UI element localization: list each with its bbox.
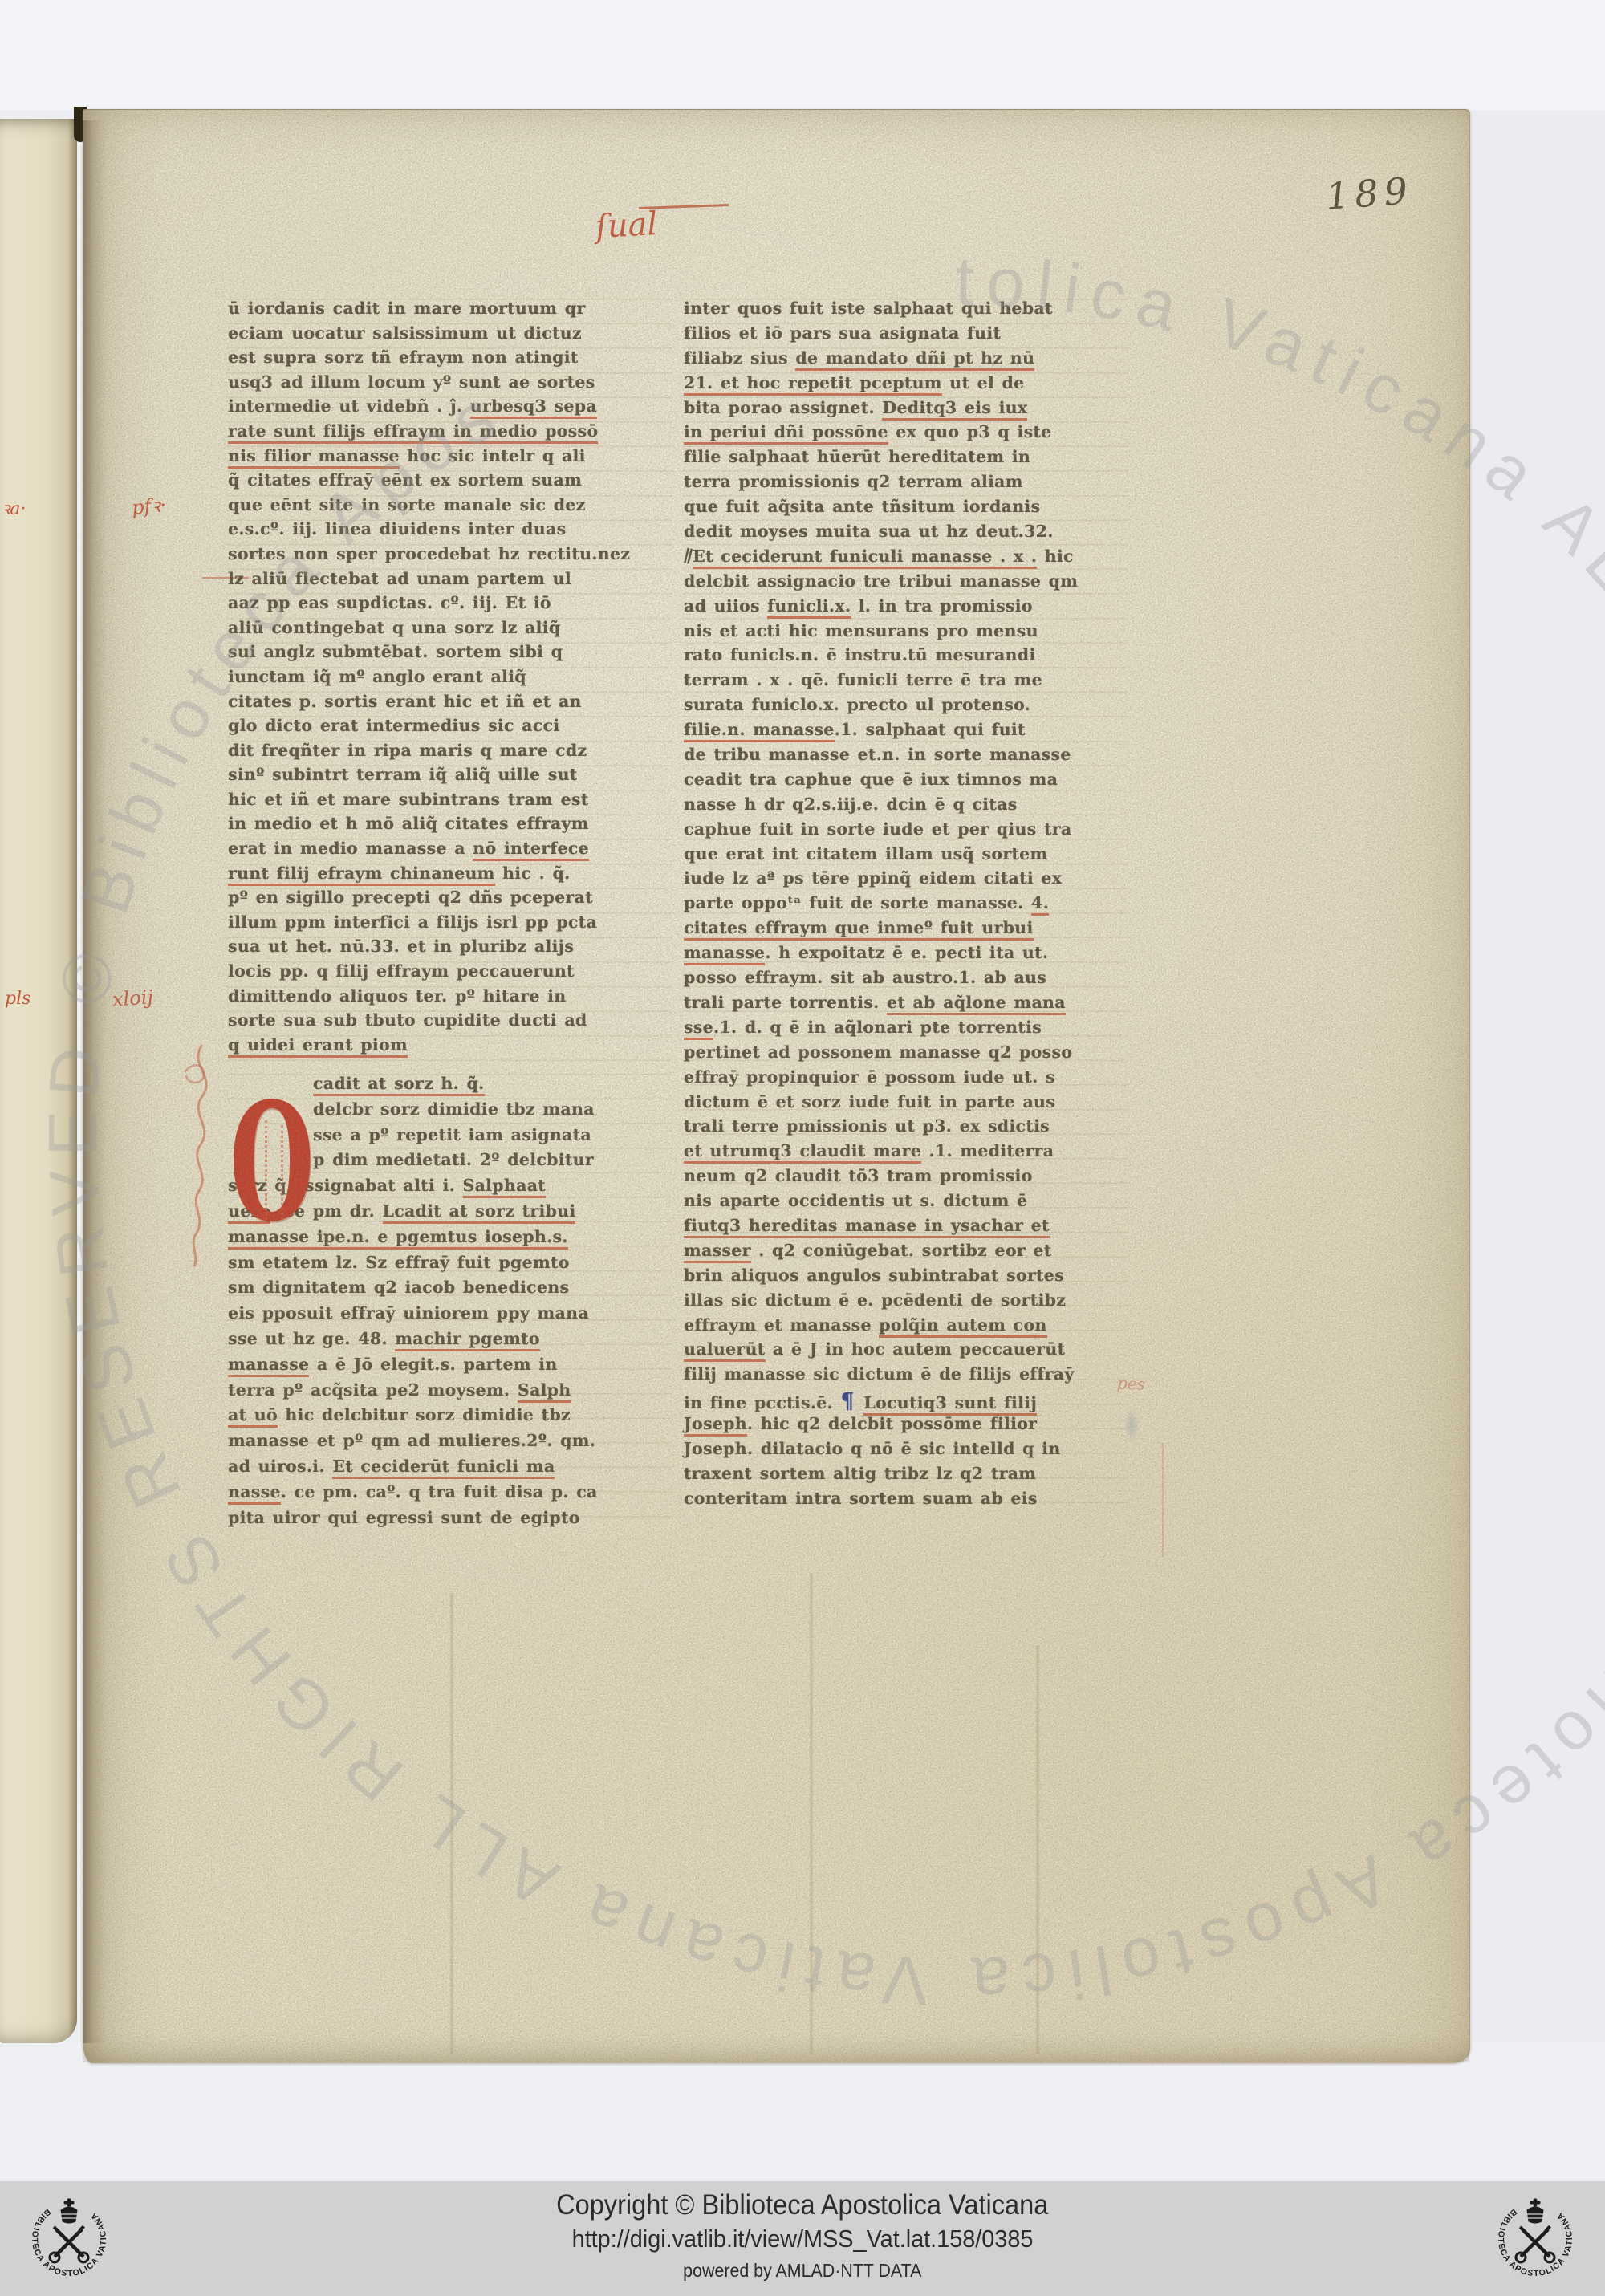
margin-note: pls — [5, 989, 30, 1009]
manuscript-line: nasse. ce pm. caº. q tra fuit disa p. ca — [228, 1482, 677, 1508]
manuscript-line: aliū contingebat q una sorz lz aliq̃ — [228, 618, 674, 643]
text-segment: nasse h dr q2.s.iij.e. dcin ē q citas — [684, 794, 1018, 814]
manuscript-line: locis pp. q filij effraym peccauerunt — [228, 961, 674, 986]
manuscript-line: manasse. h expoitatz ē e. pecti ita ut. — [684, 943, 1130, 968]
decorated-initial: O — [230, 1082, 315, 1242]
crossed-keys-tiara-emblem — [1516, 2199, 1554, 2262]
manuscript-line: sorte sua sub tbuto cupidite ducti ad — [228, 1010, 674, 1035]
rubricated-phrase: nasse — [228, 1482, 281, 1505]
ink-smudge — [1120, 1400, 1143, 1451]
footer-copyright-line: Copyright © Biblioteca Apostolica Vatica… — [0, 2189, 1605, 2221]
rubricated-phrase: machir pgemto — [395, 1329, 540, 1351]
manuscript-line: filiabz sius de mandato dñi pt hz nū — [684, 348, 1130, 373]
rubricated-phrase: filie.n. manasse — [684, 720, 835, 742]
text-segment: surata funiclo.x. precto ul protenso. — [684, 695, 1030, 714]
text-segment: terra promissionis q2 terram aliam — [684, 472, 1023, 491]
text-segment: lz aliū flectebat ad unam partem ul — [228, 569, 571, 588]
text-segment: neum q2 claudit tō3 tram promissio — [684, 1166, 1033, 1185]
rubricated-phrase: Et ceciderūt funicli ma — [332, 1457, 555, 1479]
manuscript-line: manasse et pº qm ad mulieres.2º. qm. — [228, 1431, 677, 1457]
parchment-crease — [1035, 1645, 1040, 2054]
manuscript-line: que erat int citatem illam usq̃ sortem — [684, 844, 1130, 869]
manuscript-line: sui anglz submtēbat. sortem sibi q — [228, 642, 674, 667]
footer-powered-text: powered by AMLAD·NTT DATA — [683, 2260, 921, 2282]
text-segment: illum ppm interfici a filijs isrl pp pct… — [228, 912, 597, 932]
text-segment: est supra sorz tñ efraym non atingit — [228, 347, 579, 367]
manuscript-line: filios et iō pars sua asignata fuit — [684, 323, 1130, 348]
rubricated-phrase: masser — [684, 1241, 751, 1263]
text-segment: que eēnt site in sorte manale sic dez — [228, 495, 586, 514]
text-segment: que erat int citatem illam usq̃ sortem — [684, 844, 1048, 864]
manuscript-line: trali parte torrentis. et ab aq̃lone man… — [684, 993, 1130, 1018]
text-segment: aliū contingebat q una sorz lz aliq̃ — [228, 618, 560, 637]
rubricated-phrase: nis filior manasse — [228, 446, 400, 469]
parchment-crease — [449, 1593, 454, 2054]
manuscript-line: rato funicls.n. ē instru.tū mesurandi — [684, 645, 1130, 670]
manuscript-line: traxent sortem altig tribz lz q2 tram — [684, 1464, 1130, 1489]
manuscript-line: dedit moyses muita sua ut hz deut.32. — [684, 522, 1130, 547]
text-segment: e.s.cº. iij. linea diuidens inter duas — [228, 519, 566, 538]
text-segment: nis aparte occidentis ut s. dictum ē — [684, 1191, 1027, 1210]
manuscript-line: conteritam intra sortem suam ab eis — [684, 1489, 1130, 1514]
text-segment: illas sic dictum ē e. pcēdenti de sortib… — [684, 1290, 1066, 1310]
text-segment: q̃ citates effraȳ eēnt ex sortem suam — [228, 470, 582, 490]
vatican-library-logo-right: BIBLIOTECA APOSTOLICA VATICANA — [1489, 2192, 1582, 2286]
manuscript-line: de tribu manasse et.n. in sorte manasse — [684, 745, 1130, 770]
text-segment: filij manasse sic dictum ē de filijs eff… — [684, 1364, 1074, 1384]
footer-copyright-text: Copyright © Biblioteca Apostolica Vatica… — [556, 2189, 1048, 2221]
manuscript-line: sse.1. d. q ē in aq̃lonari pte torrentis — [684, 1018, 1130, 1042]
rubricated-phrase: citates effraym que inmeº fuit urbui — [684, 918, 1034, 941]
rubricated-phrase: polq̃in autem con — [879, 1315, 1046, 1338]
manuscript-line: sm dignitatem q2 iacob benedicens — [228, 1278, 677, 1303]
rubricated-phrase: et utrumq3 claudit mare — [684, 1141, 921, 1164]
previous-folio-edge — [0, 119, 77, 2043]
manuscript-line: filie salphaat hūerūt hereditatem in — [684, 447, 1130, 472]
manuscript-line: ∥ Et ceciderunt funiculi manasse . x . h… — [684, 547, 1130, 571]
text-segment: sui anglz submtēbat. sortem sibi q — [228, 642, 563, 661]
text-segment: dimittendo aliquos ter. pº hitare in — [228, 986, 566, 1006]
manuscript-line: citates effraym que inmeº fuit urbui — [684, 918, 1130, 943]
text-segment: ex quo p3 q iste — [888, 422, 1052, 441]
manuscript-line: nis aparte occidentis ut s. dictum ē — [684, 1191, 1130, 1216]
rubricated-phrase: in periui dñi possōne — [684, 422, 888, 445]
manuscript-line: filie.n. manasse.1. salphaat qui fuit — [684, 720, 1130, 745]
text-segment: terra pº acq̃sita pe2 moysem. — [228, 1380, 518, 1400]
text-segment: sortes non sper procedebat hz rectitu.ne… — [228, 544, 630, 563]
manuscript-viewer-page: 189 ſual ꝛa· pfꝛ· pls xloij pes ū iordan… — [0, 0, 1605, 2296]
text-segment: hic delcbitur sorz dimidie tbz — [278, 1405, 571, 1424]
text-segment: .1. d. q ē in aq̃lonari pte torrentis — [713, 1018, 1042, 1037]
text-segment: hic — [1037, 547, 1074, 566]
text-segment: parte oppoᵗᵃ fuit de sorte manasse. — [684, 893, 1031, 912]
text-segment: delcbit assignacio tre tribui manasse qm — [684, 571, 1078, 591]
manuscript-line: que eēnt site in sorte manale sic dez — [228, 495, 674, 520]
manuscript-line: lz aliū flectebat ad unam partem ul — [228, 569, 674, 594]
blue-paragraph-mark: ¶ — [840, 1389, 863, 1414]
text-segment: rato funicls.n. ē instru.tū mesurandi — [684, 645, 1036, 664]
manuscript-line: citates p. sortis erant hic et iñ et an — [228, 692, 674, 717]
manuscript-line: et utrumq3 claudit mare .1. mediterra — [684, 1141, 1130, 1166]
manuscript-line: ad uiros.i. Et ceciderūt funicli ma — [228, 1457, 677, 1482]
text-segment: effraym et manasse — [684, 1315, 879, 1335]
text-segment: sua ut het. nū.33. et in pluribz alijs — [228, 937, 574, 956]
manuscript-line: bita porao assignet. Deditq3 eis iux — [684, 398, 1130, 423]
rubricated-phrase: Lcadit at sorz tribui — [383, 1201, 576, 1224]
manuscript-line: terram . x . qē. funicli terre ē tra me — [684, 670, 1130, 695]
manuscript-line: effraȳ propinquior ē possom iude ut. s — [684, 1067, 1130, 1092]
text-segment: eciam uocatur salsissimum ut dictuz — [228, 323, 582, 343]
text-segment: hic . q̃. — [495, 864, 571, 883]
text-segment: . hic q2 delcbit possōme filior — [747, 1414, 1037, 1433]
manuscript-line: eis pposuit effraȳ uiniorem ppy mana — [228, 1303, 677, 1329]
text-segment: dedit moyses muita sua ut hz deut.32. — [684, 522, 1054, 541]
text-segment: sse ut hz ge. 48. — [228, 1329, 395, 1348]
manuscript-line: illas sic dictum ē e. pcēdenti de sortib… — [684, 1290, 1130, 1315]
manuscript-line: iunctam iq̃ mº anglo erant aliq̃ — [228, 667, 674, 692]
manuscript-line: parte oppoᵗᵃ fuit de sorte manasse. 4. — [684, 893, 1130, 918]
text-segment: dit freqñter in ripa maris q mare cdz — [228, 741, 587, 760]
rubricated-phrase: et ab aq̃lone mana — [887, 993, 1066, 1015]
text-segment: posso effraym. sit ab austro.1. ab aus — [684, 968, 1046, 987]
rubricated-phrase: Locutiq3 sunt filij — [863, 1393, 1037, 1416]
text-segment: locis pp. q filij effraym peccauerunt — [228, 961, 575, 981]
scan-background-top — [0, 0, 1605, 110]
manuscript-line: aaz pp eas supdictas. cº. iij. Et iō — [228, 593, 674, 618]
manuscript-line: que fuit aq̃sita ante tñsitum iordanis — [684, 497, 1130, 522]
margin-note: pfꝛ· — [131, 491, 168, 521]
scan-background-right — [1470, 110, 1605, 2063]
manuscript-line: sinº subintrt terram iq̃ aliq̃ uille sut — [228, 765, 674, 790]
manuscript-line: inter quos fuit iste salphaat qui hebat — [684, 299, 1130, 323]
gutter-shadow — [83, 120, 107, 2043]
text-segment: pº en sigillo precepti q2 dñs pceperat — [228, 888, 593, 907]
rubricated-phrase: funicli.x. — [767, 596, 851, 619]
text-segment: hoc sic intelr q ali — [400, 446, 586, 465]
text-segment: pertinet ad possonem manasse q2 posso — [684, 1042, 1072, 1062]
rubricated-phrase: Salph — [518, 1380, 571, 1403]
text-segment: conteritam intra sortem suam ab eis — [684, 1489, 1038, 1508]
rubricated-phrase: manasse — [684, 943, 765, 965]
footer-url-line: http://digi.vatlib.it/view/MSS_Vat.lat.1… — [0, 2225, 1605, 2253]
text-segment: ū iordanis cadit in mare mortuum qr — [228, 299, 585, 318]
manuscript-line: in periui dñi possōne ex quo p3 q iste — [684, 422, 1130, 447]
manuscript-line: surata funiclo.x. precto ul protenso. — [684, 695, 1130, 720]
text-segment: traxent sortem altig tribz lz q2 tram — [684, 1464, 1036, 1483]
manuscript-line: in medio et h mō aliq̃ citates effraym — [228, 814, 674, 839]
manuscript-line: delcbit assignacio tre tribui manasse qm — [684, 571, 1130, 596]
manuscript-line: est supra sorz tñ efraym non atingit — [228, 347, 674, 372]
folio-number: 189 — [1324, 169, 1414, 217]
manuscript-line: masser . q2 coniūgebat. sortibz eor et — [684, 1241, 1130, 1266]
rubricated-phrase: rate sunt filijs effraym in medio possō — [228, 421, 598, 444]
margin-note: ꝛa· — [2, 496, 26, 520]
text-segment: .1. salphaat qui fuit — [835, 720, 1026, 739]
text-segment: iunctam iq̃ mº anglo erant aliq̃ — [228, 667, 526, 686]
rubricated-phrase: nō interfece — [473, 839, 589, 861]
text-segment: ceadit tra caphue que ē iux timnos ma — [684, 770, 1058, 789]
catchword-rubric: ſual — [595, 205, 659, 246]
manuscript-line: dictum ē et sorz iude fuit in parte aus — [684, 1092, 1130, 1117]
manuscript-line: in fine pcctis.ē. ¶ Locutiq3 sunt filij — [684, 1389, 1130, 1414]
text-segment: l. in tra promissio — [851, 596, 1033, 616]
manuscript-line: q̃ citates effraȳ eēnt ex sortem suam — [228, 470, 674, 495]
manuscript-line: q uidei erant piom — [228, 1035, 674, 1060]
text-segment: usq3 ad illum locum yº sunt ae sortes — [228, 372, 595, 392]
text-segment: citates p. sortis erant hic et iñ et an — [228, 692, 582, 711]
vatican-library-logo-left: BIBLIOTECA APOSTOLICA VATICANA — [22, 2192, 116, 2286]
rubricated-phrase: at uō — [228, 1405, 278, 1428]
text-column-1-upper: ū iordanis cadit in mare mortuum qreciam… — [228, 299, 674, 1059]
manuscript-line: terra promissionis q2 terram aliam — [684, 472, 1130, 497]
manuscript-line: trali terre pmissionis ut p3. ex sdictis — [684, 1116, 1130, 1141]
manuscript-line: ū iordanis cadit in mare mortuum qr — [228, 299, 674, 323]
crossed-keys-tiara-emblem — [50, 2199, 88, 2262]
manuscript-line: manasse a ē Jō elegit.s. partem in — [228, 1355, 677, 1380]
text-segment: caphue fuit in sorte iude et per qius tr… — [684, 819, 1071, 839]
manuscript-line: brin aliquos angulos subintrabat sortes — [684, 1266, 1130, 1290]
manuscript-line: nis et acti hic mensurans pro mensu — [684, 621, 1130, 646]
manuscript-line: sortes non sper procedebat hz rectitu.ne… — [228, 544, 674, 569]
manuscript-line: Joseph. hic q2 delcbit possōme filior — [684, 1414, 1130, 1439]
manuscript-line: erat in medio manasse a nō interfece — [228, 839, 674, 864]
initial-margin-flourish — [170, 1040, 234, 1273]
rubricated-phrase: 4. — [1031, 893, 1049, 916]
initial-penwork-dots — [281, 1125, 283, 1220]
manuscript-line: eciam uocatur salsissimum ut dictuz — [228, 323, 674, 348]
text-segment: eis pposuit effraȳ uiniorem ppy mana — [228, 1303, 589, 1323]
text-segment: manasse et pº qm ad mulieres.2º. qm. — [228, 1431, 595, 1450]
text-segment: in fine pcctis.ē. — [684, 1393, 840, 1412]
manuscript-line: pº en sigillo precepti q2 dñs pceperat — [228, 888, 674, 912]
rubricated-phrase: de mandato dñi pt hz nū — [795, 348, 1034, 371]
text-segment: . h expoitatz ē e. pecti ita ut. — [765, 943, 1048, 962]
manuscript-line: usq3 ad illum locum yº sunt ae sortes — [228, 372, 674, 397]
manuscript-line: sse ut hz ge. 48. machir pgemto — [228, 1329, 677, 1355]
text-segment: ad uiios — [684, 596, 767, 616]
text-segment: filiabz sius — [684, 348, 795, 368]
rubricated-phrase: fiutq3 hereditas manase in ysachar et — [684, 1216, 1050, 1238]
manuscript-line: e.s.cº. iij. linea diuidens inter duas — [228, 519, 674, 544]
text-segment: intermedie ut videbñ . ĵ. — [228, 396, 470, 416]
text-segment: que fuit aq̃sita ante tñsitum iordanis — [684, 497, 1040, 516]
manuscript-line: hic et iñ et mare subintrans tram est — [228, 790, 674, 815]
text-segment: ut el de — [942, 373, 1025, 392]
text-segment: . q2 coniūgebat. sortibz eor et — [751, 1241, 1052, 1260]
manuscript-line: dimittendo aliquos ter. pº hitare in — [228, 986, 674, 1011]
text-segment: .1. mediterra — [921, 1141, 1054, 1160]
manuscript-line: at uō hic delcbitur sorz dimidie tbz — [228, 1405, 677, 1431]
text-segment: sorte sua sub tbuto cupidite ducti ad — [228, 1010, 587, 1030]
text-segment: hic et iñ et mare subintrans tram est — [228, 790, 589, 809]
manuscript-line: rate sunt filijs effraym in medio possō — [228, 421, 674, 446]
text-segment: brin aliquos angulos subintrabat sortes — [684, 1266, 1064, 1285]
text-segment: p dim medietati. 2º delcbitur — [313, 1150, 594, 1169]
rubricated-phrase: sse — [684, 1018, 713, 1040]
text-column-2: inter quos fuit iste salphaat qui hebatf… — [684, 299, 1130, 1514]
text-segment: sm dignitatem q2 iacob benedicens — [228, 1278, 569, 1297]
rubricated-phrase: 21. et hoc repetit pceptum — [684, 373, 942, 396]
rubricated-phrase: q uidei erant piom — [228, 1035, 408, 1058]
text-segment: inter quos fuit iste salphaat qui hebat — [684, 299, 1053, 318]
manuscript-line: pertinet ad possonem manasse q2 posso — [684, 1042, 1130, 1067]
text-segment: a ē J in hoc autem peccauerūt — [766, 1339, 1066, 1359]
rubricated-phrase: runt filij efraym chinaneum — [228, 864, 495, 886]
manuscript-line: sua ut het. nū.33. et in pluribz alijs — [228, 937, 674, 961]
rubricated-phrase: urbesq3 sepa — [470, 396, 597, 419]
parchment-crease — [809, 1573, 814, 2054]
rubricated-phrase: Et ceciderunt funiculi manasse . x . — [693, 547, 1037, 569]
text-segment: trali parte torrentis. — [684, 993, 887, 1012]
text-segment: in medio et h mō aliq̃ citates effraym — [228, 814, 589, 833]
manuscript-line: caphue fuit in sorte iude et per qius tr… — [684, 819, 1130, 844]
text-segment: sinº subintrt terram iq̃ aliq̃ uille sut — [228, 765, 578, 784]
manuscript-line: posso effraym. sit ab austro.1. ab aus — [684, 968, 1130, 993]
text-segment: nis et acti hic mensurans pro mensu — [684, 621, 1038, 640]
manuscript-line: nasse h dr q2.s.iij.e. dcin ē q citas — [684, 794, 1130, 819]
manuscript-line: ceadit tra caphue que ē iux timnos ma — [684, 770, 1130, 794]
faint-red-mark — [1162, 1443, 1164, 1557]
rubricated-phrase: Joseph — [684, 1414, 747, 1437]
manuscript-line: illum ppm interfici a filijs isrl pp pct… — [228, 912, 674, 937]
manuscript-line: Joseph. dilatacio q nō ē sic intelld q i… — [684, 1439, 1130, 1464]
text-segment: aaz pp eas supdictas. cº. iij. Et iō — [228, 593, 551, 612]
manuscript-line: 21. et hoc repetit pceptum ut el de — [684, 373, 1130, 398]
text-segment: trali terre pmissionis ut p3. ex sdictis — [684, 1116, 1050, 1136]
rubricated-phrase: ualuerūt — [684, 1339, 766, 1362]
manuscript-line: ad uiios funicli.x. l. in tra promissio — [684, 596, 1130, 621]
text-segment: filios et iō pars sua asignata fuit — [684, 323, 1001, 343]
manuscript-line: ualuerūt a ē J in hoc autem peccauerūt — [684, 1339, 1130, 1364]
manuscript-line: nis filior manasse hoc sic intelr q ali — [228, 446, 674, 471]
text-segment: glo dicto erat intermedius sic acci — [228, 716, 559, 735]
manuscript-line: terra pº acq̃sita pe2 moysem. Salph — [228, 1380, 677, 1406]
rubricated-phrase: cadit at sorz h. q̃. — [313, 1074, 485, 1096]
manuscript-line: runt filij efraym chinaneum hic . q̃. — [228, 864, 674, 888]
rubricated-phrase: Salphaat — [463, 1176, 547, 1198]
footer-powered-line: powered by AMLAD·NTT DATA — [0, 2260, 1605, 2282]
text-segment: sse a pº repetit iam asignata — [313, 1125, 591, 1144]
manuscript-line: dit freqñter in ripa maris q mare cdz — [228, 741, 674, 766]
text-segment: filie salphaat hūerūt hereditatem in — [684, 447, 1030, 466]
text-segment: iude lz aª ps tēre ppinq̃ eidem citati e… — [684, 868, 1062, 888]
text-segment: dictum ē et sorz iude fuit in parte aus — [684, 1092, 1055, 1111]
text-segment: erat in medio manasse a — [228, 839, 473, 858]
manuscript-line: effraym et manasse polq̃in autem con — [684, 1315, 1130, 1340]
text-segment: a ē Jō elegit.s. partem in — [309, 1355, 557, 1374]
rubricated-phrase: Deditq3 eis iux — [882, 398, 1027, 421]
margin-note: xloij — [112, 985, 154, 1010]
rubricated-phrase: manasse — [228, 1355, 309, 1377]
manuscript-line: neum q2 claudit tō3 tram promissio — [684, 1166, 1130, 1191]
text-segment: de tribu manasse et.n. in sorte manasse — [684, 745, 1071, 764]
manuscript-line: fiutq3 hereditas manase in ysachar et — [684, 1216, 1130, 1241]
text-segment: bita porao assignet. — [684, 398, 882, 417]
text-segment: ad uiros.i. — [228, 1457, 332, 1476]
manuscript-line: glo dicto erat intermedius sic acci — [228, 716, 674, 741]
text-segment: Joseph. dilatacio q nō ē sic intelld q i… — [684, 1439, 1061, 1458]
text-segment: delcbr sorz dimidie tbz mana — [313, 1099, 595, 1119]
text-segment: . ce pm. caº. q tra fuit disa p. ca — [281, 1482, 598, 1502]
initial-penwork-dots — [265, 1120, 267, 1220]
footer-url-text: http://digi.vatlib.it/view/MSS_Vat.lat.1… — [572, 2225, 1034, 2253]
manuscript-line: iude lz aª ps tēre ppinq̃ eidem citati e… — [684, 868, 1130, 893]
text-segment: pita uiror qui egressi sunt de egipto — [228, 1508, 580, 1527]
manuscript-line: pita uiror qui egressi sunt de egipto — [228, 1508, 677, 1534]
manuscript-line: intermedie ut videbñ . ĵ. urbesq3 sepa — [228, 396, 674, 421]
text-segment: terram . x . qē. funicli terre ē tra me — [684, 670, 1042, 689]
text-segment: effraȳ propinquior ē possom iude ut. s — [684, 1067, 1055, 1087]
manuscript-line: filij manasse sic dictum ē de filijs eff… — [684, 1364, 1130, 1389]
